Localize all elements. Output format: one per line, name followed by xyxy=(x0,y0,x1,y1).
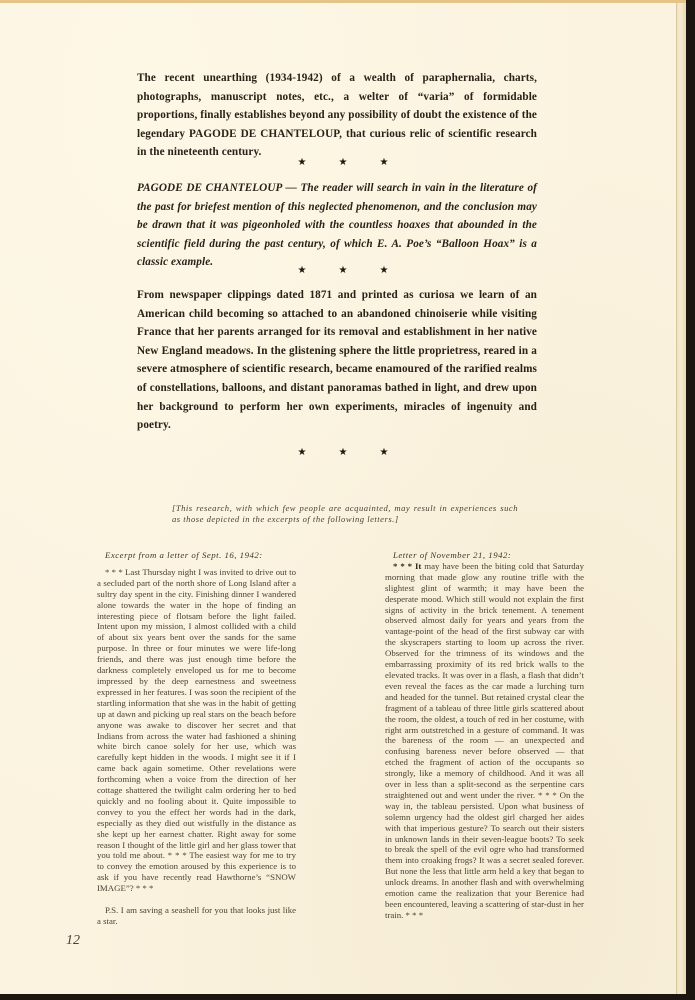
star-icon: ★ xyxy=(339,447,348,458)
section-separator: ★★★ xyxy=(0,447,686,458)
intro-text: The recent unearthing (1934-1942) of a w… xyxy=(137,69,537,162)
letter-lead: * * * It xyxy=(393,561,421,571)
intro-paragraph: The recent unearthing (1934-1942) of a w… xyxy=(137,69,537,162)
letter-heading: Excerpt from a letter of Sept. 16, 1942: xyxy=(97,550,296,561)
letter-heading: Letter of November 21, 1942: xyxy=(385,550,584,561)
section-separator: ★★★ xyxy=(0,265,686,276)
page-number: 12 xyxy=(66,933,80,949)
pagode-description-paragraph: PAGODE DE CHANTELOUP — The reader will s… xyxy=(137,179,537,272)
star-icon: ★ xyxy=(379,157,388,168)
star-icon: ★ xyxy=(298,265,307,276)
star-icon: ★ xyxy=(379,447,388,458)
star-icon: ★ xyxy=(379,265,388,276)
document-page: The recent unearthing (1934-1942) of a w… xyxy=(0,0,686,994)
letter-body-text: may have been the biting cold that Satur… xyxy=(385,561,584,920)
history-paragraph: From newspaper clippings dated 1871 and … xyxy=(137,286,537,435)
editor-note: [This research, with which few people ar… xyxy=(172,503,518,524)
star-icon: ★ xyxy=(298,157,307,168)
pagode-description-text: PAGODE DE CHANTELOUP — The reader will s… xyxy=(137,179,537,272)
history-text: From newspaper clippings dated 1871 and … xyxy=(137,286,537,435)
letter-excerpt-nov: Letter of November 21, 1942: * * * It ma… xyxy=(385,550,584,921)
letter-body: * * * Last Thursday night I was invited … xyxy=(97,567,296,894)
star-icon: ★ xyxy=(298,447,307,458)
letter-excerpt-sept: Excerpt from a letter of Sept. 16, 1942:… xyxy=(97,550,296,927)
scan-border xyxy=(0,994,695,1000)
star-icon: ★ xyxy=(339,265,348,276)
section-separator: ★★★ xyxy=(0,157,686,168)
page-edge xyxy=(676,3,686,997)
star-icon: ★ xyxy=(339,157,348,168)
letter-postscript: P.S. I am saving a seashell for you that… xyxy=(97,905,296,927)
letter-body: * * * It may have been the biting cold t… xyxy=(385,561,584,921)
